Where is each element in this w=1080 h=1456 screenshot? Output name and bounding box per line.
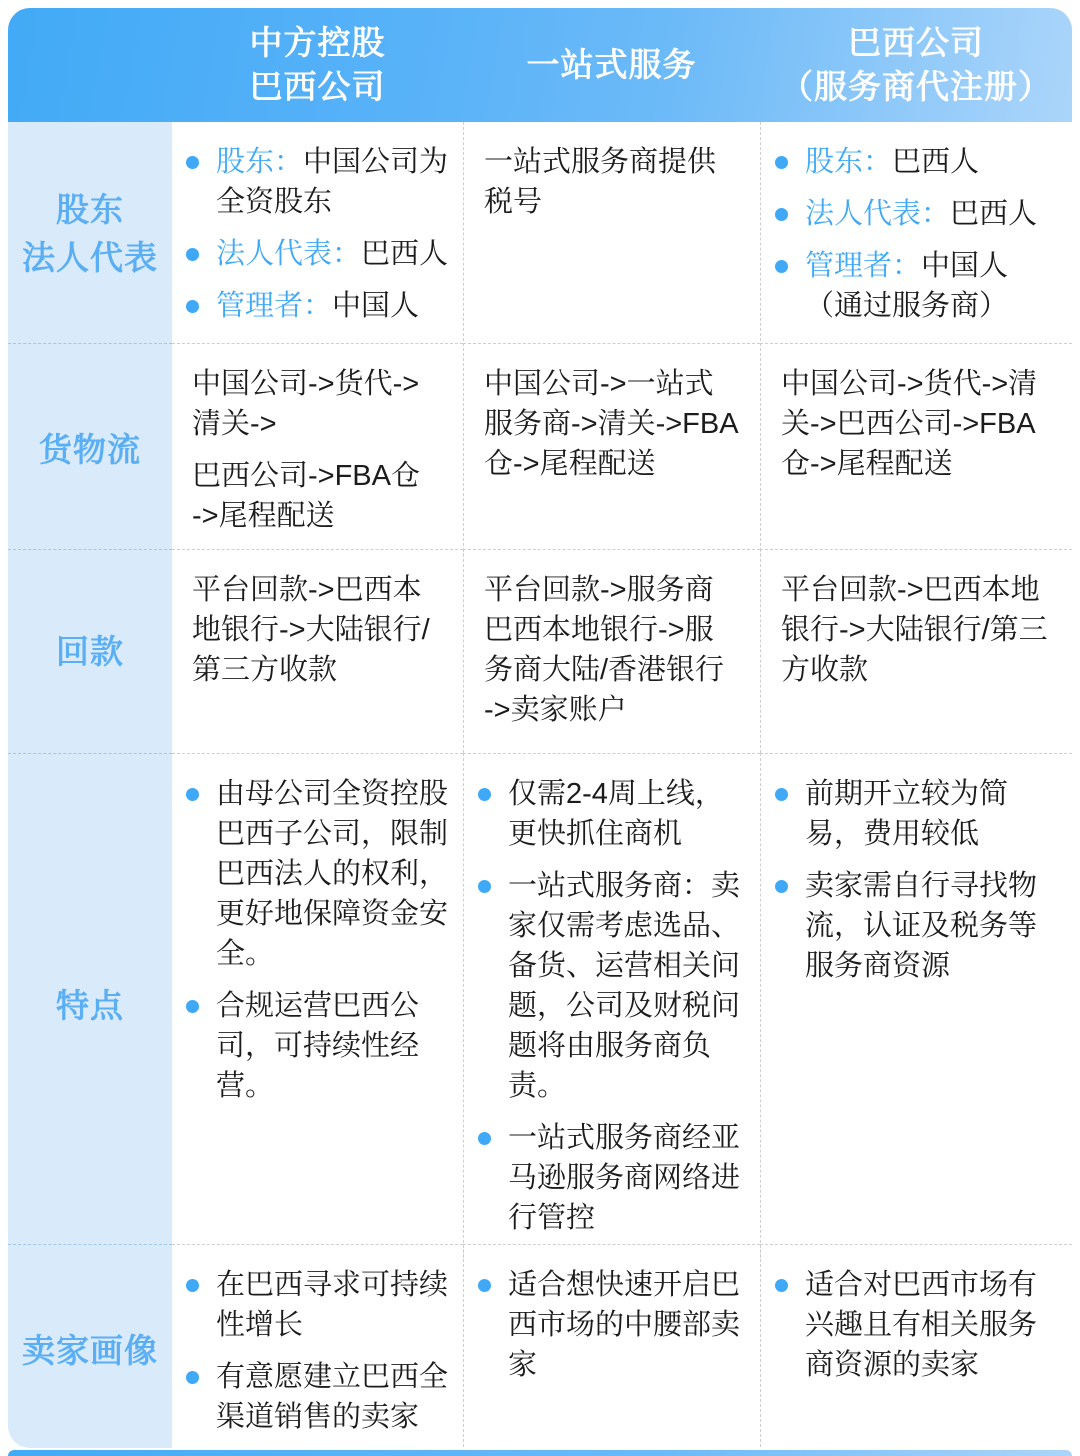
- row-label: 货物流: [8, 343, 172, 556]
- item-text: 前期开立较为简 易，费用较低: [805, 778, 1008, 850]
- table-row-features: 特点 由母公司全资控股 巴西子公司，限制 巴西法人的权利， 更好地保障资金安 全…: [8, 753, 1072, 1244]
- cell: 适合对巴西市场有 兴趣且有相关服务 商资源的卖家: [760, 1244, 1072, 1448]
- cell-text: 平台回款->服务商 巴西本地银行->服 务商大陆/香港银行 ->卖家账户: [476, 570, 750, 730]
- item-text: 适合对巴西市场有 兴趣且有相关服务 商资源的卖家: [805, 1269, 1037, 1381]
- cell: 前期开立较为简 易，费用较低 卖家需自行寻找物 流，认证及税务等 服务商资源: [760, 753, 1072, 1258]
- item-text: 中国人: [332, 290, 419, 322]
- bullet-item: 管理者：中国人: [184, 286, 453, 326]
- key-term: 管理者：: [216, 290, 332, 322]
- cell: 由母公司全资控股 巴西子公司，限制 巴西法人的权利， 更好地保障资金安 全。 合…: [172, 753, 463, 1258]
- cell: 平台回款->巴西本 地银行->大陆银行/ 第三方收款: [172, 549, 463, 753]
- item-text: 一站式服务商：卖 家仅需考虑选品、 备货、运营相关问 题，公司及财税问 题将由服…: [508, 870, 740, 1102]
- cell: 股东：巴西人 法人代表：巴西人 管理者：中国人 （通过服务商）: [760, 122, 1072, 346]
- table-row-logistics: 货物流 中国公司->货代-> 清关-> 巴西公司->FBA仓 ->尾程配送 中国…: [8, 343, 1072, 549]
- bullet-item: 卖家需自行寻找物 流，认证及税务等 服务商资源: [773, 866, 1062, 986]
- cell: 中国公司->货代-> 清关-> 巴西公司->FBA仓 ->尾程配送: [172, 343, 463, 556]
- cell-text: 平台回款->巴西本 地银行->大陆银行/ 第三方收款: [184, 570, 453, 690]
- bullet-item: 一站式服务商：卖 家仅需考虑选品、 备货、运营相关问 题，公司及财税问 题将由服…: [476, 866, 750, 1106]
- row-label: 回款: [8, 549, 172, 753]
- cell: 平台回款->巴西本地 银行->大陆银行/第三 方收款: [760, 549, 1072, 753]
- bullet-item: 仅需2-4周上线， 更快抓住商机: [476, 774, 750, 854]
- header-col-brazil-company: 巴西公司 （服务商代注册）: [760, 8, 1072, 122]
- header-col-one-stop: 一站式服务: [463, 8, 760, 122]
- bullet-item: 股东：中国公司为 全资股东: [184, 142, 453, 222]
- cell-text: 中国公司->货代->清 关->巴西公司->FBA 仓->尾程配送: [773, 364, 1062, 484]
- header-corner: [8, 8, 172, 122]
- row-label: 股东 法人代表: [8, 122, 172, 346]
- cell-text: 巴西公司->FBA仓 ->尾程配送: [184, 456, 453, 536]
- cell-text: 一站式服务商提供 税号: [476, 142, 750, 222]
- cell: 在巴西寻求可持续 性增长 有意愿建立巴西全 渠道销售的卖家: [172, 1244, 463, 1448]
- cell: 仅需2-4周上线， 更快抓住商机 一站式服务商：卖 家仅需考虑选品、 备货、运营…: [463, 753, 760, 1258]
- item-text: 巴西人: [950, 198, 1037, 230]
- cell: 适合想快速开启巴 西市场的中腰部卖 家: [463, 1244, 760, 1448]
- bullet-item: 在巴西寻求可持续 性增长: [184, 1265, 453, 1345]
- table-row-shareholders: 股东 法人代表 股东：中国公司为 全资股东 法人代表：巴西人 管理者：中国人 一…: [8, 122, 1072, 343]
- cell: 股东：中国公司为 全资股东 法人代表：巴西人 管理者：中国人: [172, 122, 463, 346]
- bullet-item: 适合对巴西市场有 兴趣且有相关服务 商资源的卖家: [773, 1265, 1062, 1385]
- bullet-item: 前期开立较为简 易，费用较低: [773, 774, 1062, 854]
- item-text: 适合想快速开启巴 西市场的中腰部卖 家: [508, 1269, 740, 1381]
- item-text: 一站式服务商经亚 马逊服务商网络进 行管控: [508, 1122, 740, 1234]
- item-text: 巴西人: [892, 146, 979, 178]
- bullet-item: 由母公司全资控股 巴西子公司，限制 巴西法人的权利， 更好地保障资金安 全。: [184, 774, 453, 974]
- bullet-item: 股东：巴西人: [773, 142, 1062, 182]
- key-term: 管理者：: [805, 250, 921, 282]
- cell-text: 中国公司->一站式 服务商->清关->FBA 仓->尾程配送: [476, 364, 750, 484]
- row-label: 特点: [8, 753, 172, 1258]
- table-row-payment: 回款 平台回款->巴西本 地银行->大陆银行/ 第三方收款 平台回款->服务商 …: [8, 549, 1072, 753]
- item-text: 卖家需自行寻找物 流，认证及税务等 服务商资源: [805, 870, 1037, 982]
- item-text: 在巴西寻求可持续 性增长: [216, 1269, 448, 1341]
- bullet-item: 法人代表：巴西人: [773, 194, 1062, 234]
- item-text: 巴西人: [361, 238, 448, 270]
- comparison-table: 中方控股 巴西公司 一站式服务 巴西公司 （服务商代注册） 股东 法人代表 股东…: [8, 8, 1072, 1448]
- table-row-seller-profile: 卖家画像 在巴西寻求可持续 性增长 有意愿建立巴西全 渠道销售的卖家 适合想快速…: [8, 1244, 1072, 1448]
- bullet-item: 法人代表：巴西人: [184, 234, 453, 274]
- bullet-item: 适合想快速开启巴 西市场的中腰部卖 家: [476, 1265, 750, 1385]
- bullet-item: 有意愿建立巴西全 渠道销售的卖家: [184, 1357, 453, 1437]
- item-text: 由母公司全资控股 巴西子公司，限制 巴西法人的权利， 更好地保障资金安 全。: [216, 778, 448, 970]
- table-header: 中方控股 巴西公司 一站式服务 巴西公司 （服务商代注册）: [8, 8, 1072, 122]
- cell-text: 中国公司->货代-> 清关->: [184, 364, 453, 444]
- item-text: 有意愿建立巴西全 渠道销售的卖家: [216, 1361, 448, 1433]
- bottom-decoration-strip: [8, 1450, 1072, 1456]
- header-col-china-holding: 中方控股 巴西公司: [172, 8, 463, 122]
- cell: 一站式服务商提供 税号: [463, 122, 760, 346]
- cell-text: 平台回款->巴西本地 银行->大陆银行/第三 方收款: [773, 570, 1062, 690]
- row-label: 卖家画像: [8, 1244, 172, 1448]
- cell: 中国公司->一站式 服务商->清关->FBA 仓->尾程配送: [463, 343, 760, 556]
- bullet-item: 管理者：中国人 （通过服务商）: [773, 246, 1062, 326]
- cell: 平台回款->服务商 巴西本地银行->服 务商大陆/香港银行 ->卖家账户: [463, 549, 760, 753]
- key-term: 股东：: [805, 146, 892, 178]
- key-term: 法人代表：: [805, 198, 950, 230]
- item-text: 合规运营巴西公 司，可持续性经 营。: [216, 990, 419, 1102]
- bullet-item: 合规运营巴西公 司，可持续性经 营。: [184, 986, 453, 1106]
- key-term: 法人代表：: [216, 238, 361, 270]
- item-text: 仅需2-4周上线， 更快抓住商机: [508, 778, 724, 850]
- key-term: 股东：: [216, 146, 303, 178]
- cell: 中国公司->货代->清 关->巴西公司->FBA 仓->尾程配送: [760, 343, 1072, 556]
- bullet-item: 一站式服务商经亚 马逊服务商网络进 行管控: [476, 1118, 750, 1238]
